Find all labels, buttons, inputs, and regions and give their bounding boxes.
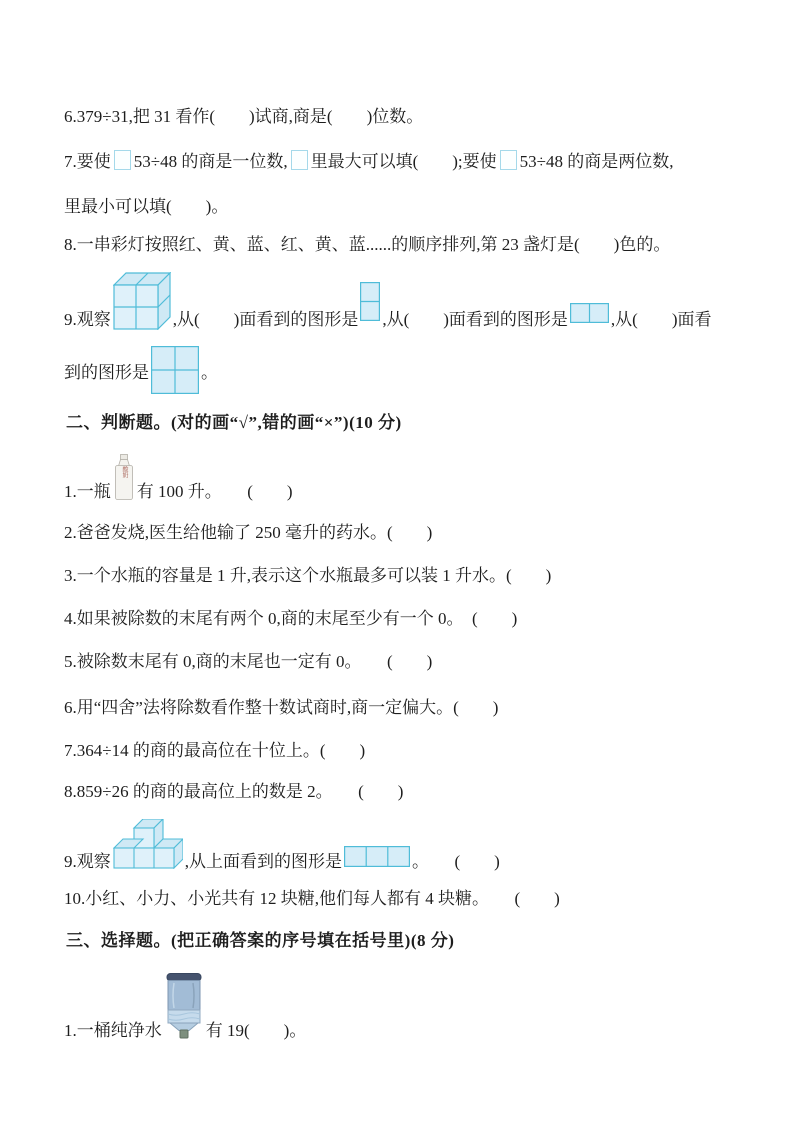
blank-box-icon: [114, 150, 131, 170]
question-text: ,从( )面看: [611, 310, 712, 329]
question-text: 1.一瓶: [64, 482, 111, 501]
question-text: 7.364÷14 的商的最高位在十位上。( ): [64, 741, 365, 760]
question-text: 7.要使: [64, 152, 111, 171]
yogurt-bottle-image: 酸奶: [113, 454, 135, 500]
question-text: 53÷48 的商是两位数,: [520, 152, 674, 171]
question-text: 到的图形是: [64, 363, 149, 382]
question-text: 2.爸爸发烧,医生给他输了 250 毫升的药水。( ): [64, 523, 432, 542]
question-text: 53÷48 的商是一位数,: [134, 152, 288, 171]
question-text: 里最大可以填( );要使: [311, 152, 497, 171]
view-shape-2x2: [151, 346, 199, 394]
water-jug-image: [164, 973, 204, 1039]
question-text: 1.一桶纯净水: [64, 1021, 162, 1040]
section-heading-text: 三、选择题。(把正确答案的序号填在括号里)(8 分): [66, 931, 454, 950]
question-text: ,从( )面看到的图形是: [382, 310, 568, 329]
question-text: 。: [201, 363, 218, 382]
bottle-label-text: 酸奶: [121, 466, 128, 479]
question-text: 6.用“四舍”法将除数看作整十数试商时,商一定偏大。( ): [64, 698, 498, 717]
question-text: 有 100 升。 ( ): [137, 482, 293, 501]
question-text: 10.小红、小力、小光共有 12 块糖,他们每人都有 4 块糖。 ( ): [64, 889, 560, 908]
question-text: 4.如果被除数的末尾有两个 0,商的末尾至少有一个 0。 ( ): [64, 609, 517, 628]
section-heading-text: 二、判断题。(对的画“√”,错的画“×”)(10 分): [66, 413, 402, 432]
cube-stack-t-figure: [113, 819, 183, 869]
question-text: 3.一个水瓶的容量是 1 升,表示这个水瓶最多可以装 1 升水。( ): [64, 566, 551, 585]
question-text: 5.被除数末尾有 0,商的末尾也一定有 0。 ( ): [64, 652, 432, 671]
blank-box-icon: [291, 150, 308, 170]
cube-stack-2x2-figure: [113, 272, 171, 330]
blank-box-icon: [500, 150, 517, 170]
worksheet-page: 6.379÷31,把 31 看作( )试商,商是( )位数。 7.要使53÷48…: [0, 0, 793, 1122]
view-shape-3x1: [344, 846, 410, 867]
view-shape-1x2: [360, 282, 380, 321]
view-shape-2x1: [570, 303, 609, 323]
choice-question-1: 1.一桶纯净水 有 19( )。: [47, 952, 306, 1063]
question-text: 有 19( )。: [206, 1021, 307, 1040]
question-text: 6.379÷31,把 31 看作( )试商,商是( )位数。: [64, 107, 423, 126]
